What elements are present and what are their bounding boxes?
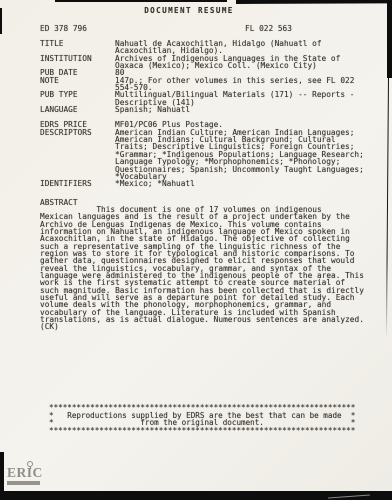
field-pub-type: PUB TYPE Multilingual/Bilingual Material… <box>40 91 380 106</box>
field-note: NOTE 147p.; For other volumes in this se… <box>40 77 380 92</box>
field-label: TITLE <box>40 40 115 47</box>
field-title: TITLE Nahuatl de Acaxochitlan, Hidalgo (… <box>40 40 380 55</box>
field-label: DESCRIPTORS <box>40 129 115 136</box>
field-label: IDENTIFIERS <box>40 180 115 187</box>
field-value: 147p.; For other volumes in this series,… <box>115 77 387 92</box>
field-label: LANGUAGE <box>40 106 115 113</box>
field-descriptors: DESCRIPTORS American Indian Culture; Ame… <box>40 129 380 180</box>
eric-logo-text: ERIC <box>7 466 43 480</box>
scan-edge-bottom-bar <box>0 491 392 500</box>
ed-number: ED 378 796 <box>40 24 87 33</box>
document-resume-header: DOCUMENT RESUME <box>0 6 378 15</box>
eric-logo-bar <box>7 481 40 486</box>
edrs-reproduction-notice: ****************************************… <box>49 404 355 434</box>
field-value: Multilingual/Bilingual Materials (171) -… <box>115 91 387 106</box>
scan-edge-top-right-bar <box>236 0 392 4</box>
scan-edge-right-line <box>386 76 389 338</box>
scan-edge-right-bar <box>387 0 392 78</box>
field-value: *Mexico; *Nahuatl <box>115 180 387 187</box>
field-label: INSTITUTION <box>40 55 115 62</box>
scan-edge-top-left-bar <box>55 0 227 2</box>
field-value: Nahuatl de Acaxochitlan, Hidalgo (Nahuat… <box>115 40 387 55</box>
fl-number: FL 022 563 <box>245 24 292 33</box>
field-language: LANGUAGE Spanish; Nahuatl <box>40 106 380 113</box>
field-value: American Indian Culture; American Indian… <box>115 129 387 180</box>
scanned-document-page: DOCUMENT RESUME ED 378 796 FL 022 563 TI… <box>0 0 392 500</box>
field-label: PUB TYPE <box>40 91 115 98</box>
field-label: NOTE <box>40 77 115 84</box>
document-id-row: ED 378 796 FL 022 563 <box>40 24 372 33</box>
field-institution: INSTITUTION Archives of Indigenous Langu… <box>40 55 380 70</box>
abstract-body: This document is one of 17 volumes on in… <box>40 206 372 331</box>
eric-sprout-icon <box>27 461 33 467</box>
scan-edge-left-bottom-strip <box>0 452 4 500</box>
field-value: Archives of Indigenous Languages in the … <box>115 55 387 70</box>
bibliographic-fields: TITLE Nahuatl de Acaxochitlan, Hidalgo (… <box>40 40 380 331</box>
field-identifiers: IDENTIFIERS *Mexico; *Nahuatl <box>40 180 380 187</box>
eric-logo: ERIC <box>7 466 43 485</box>
field-value: Spanish; Nahuatl <box>115 106 387 113</box>
